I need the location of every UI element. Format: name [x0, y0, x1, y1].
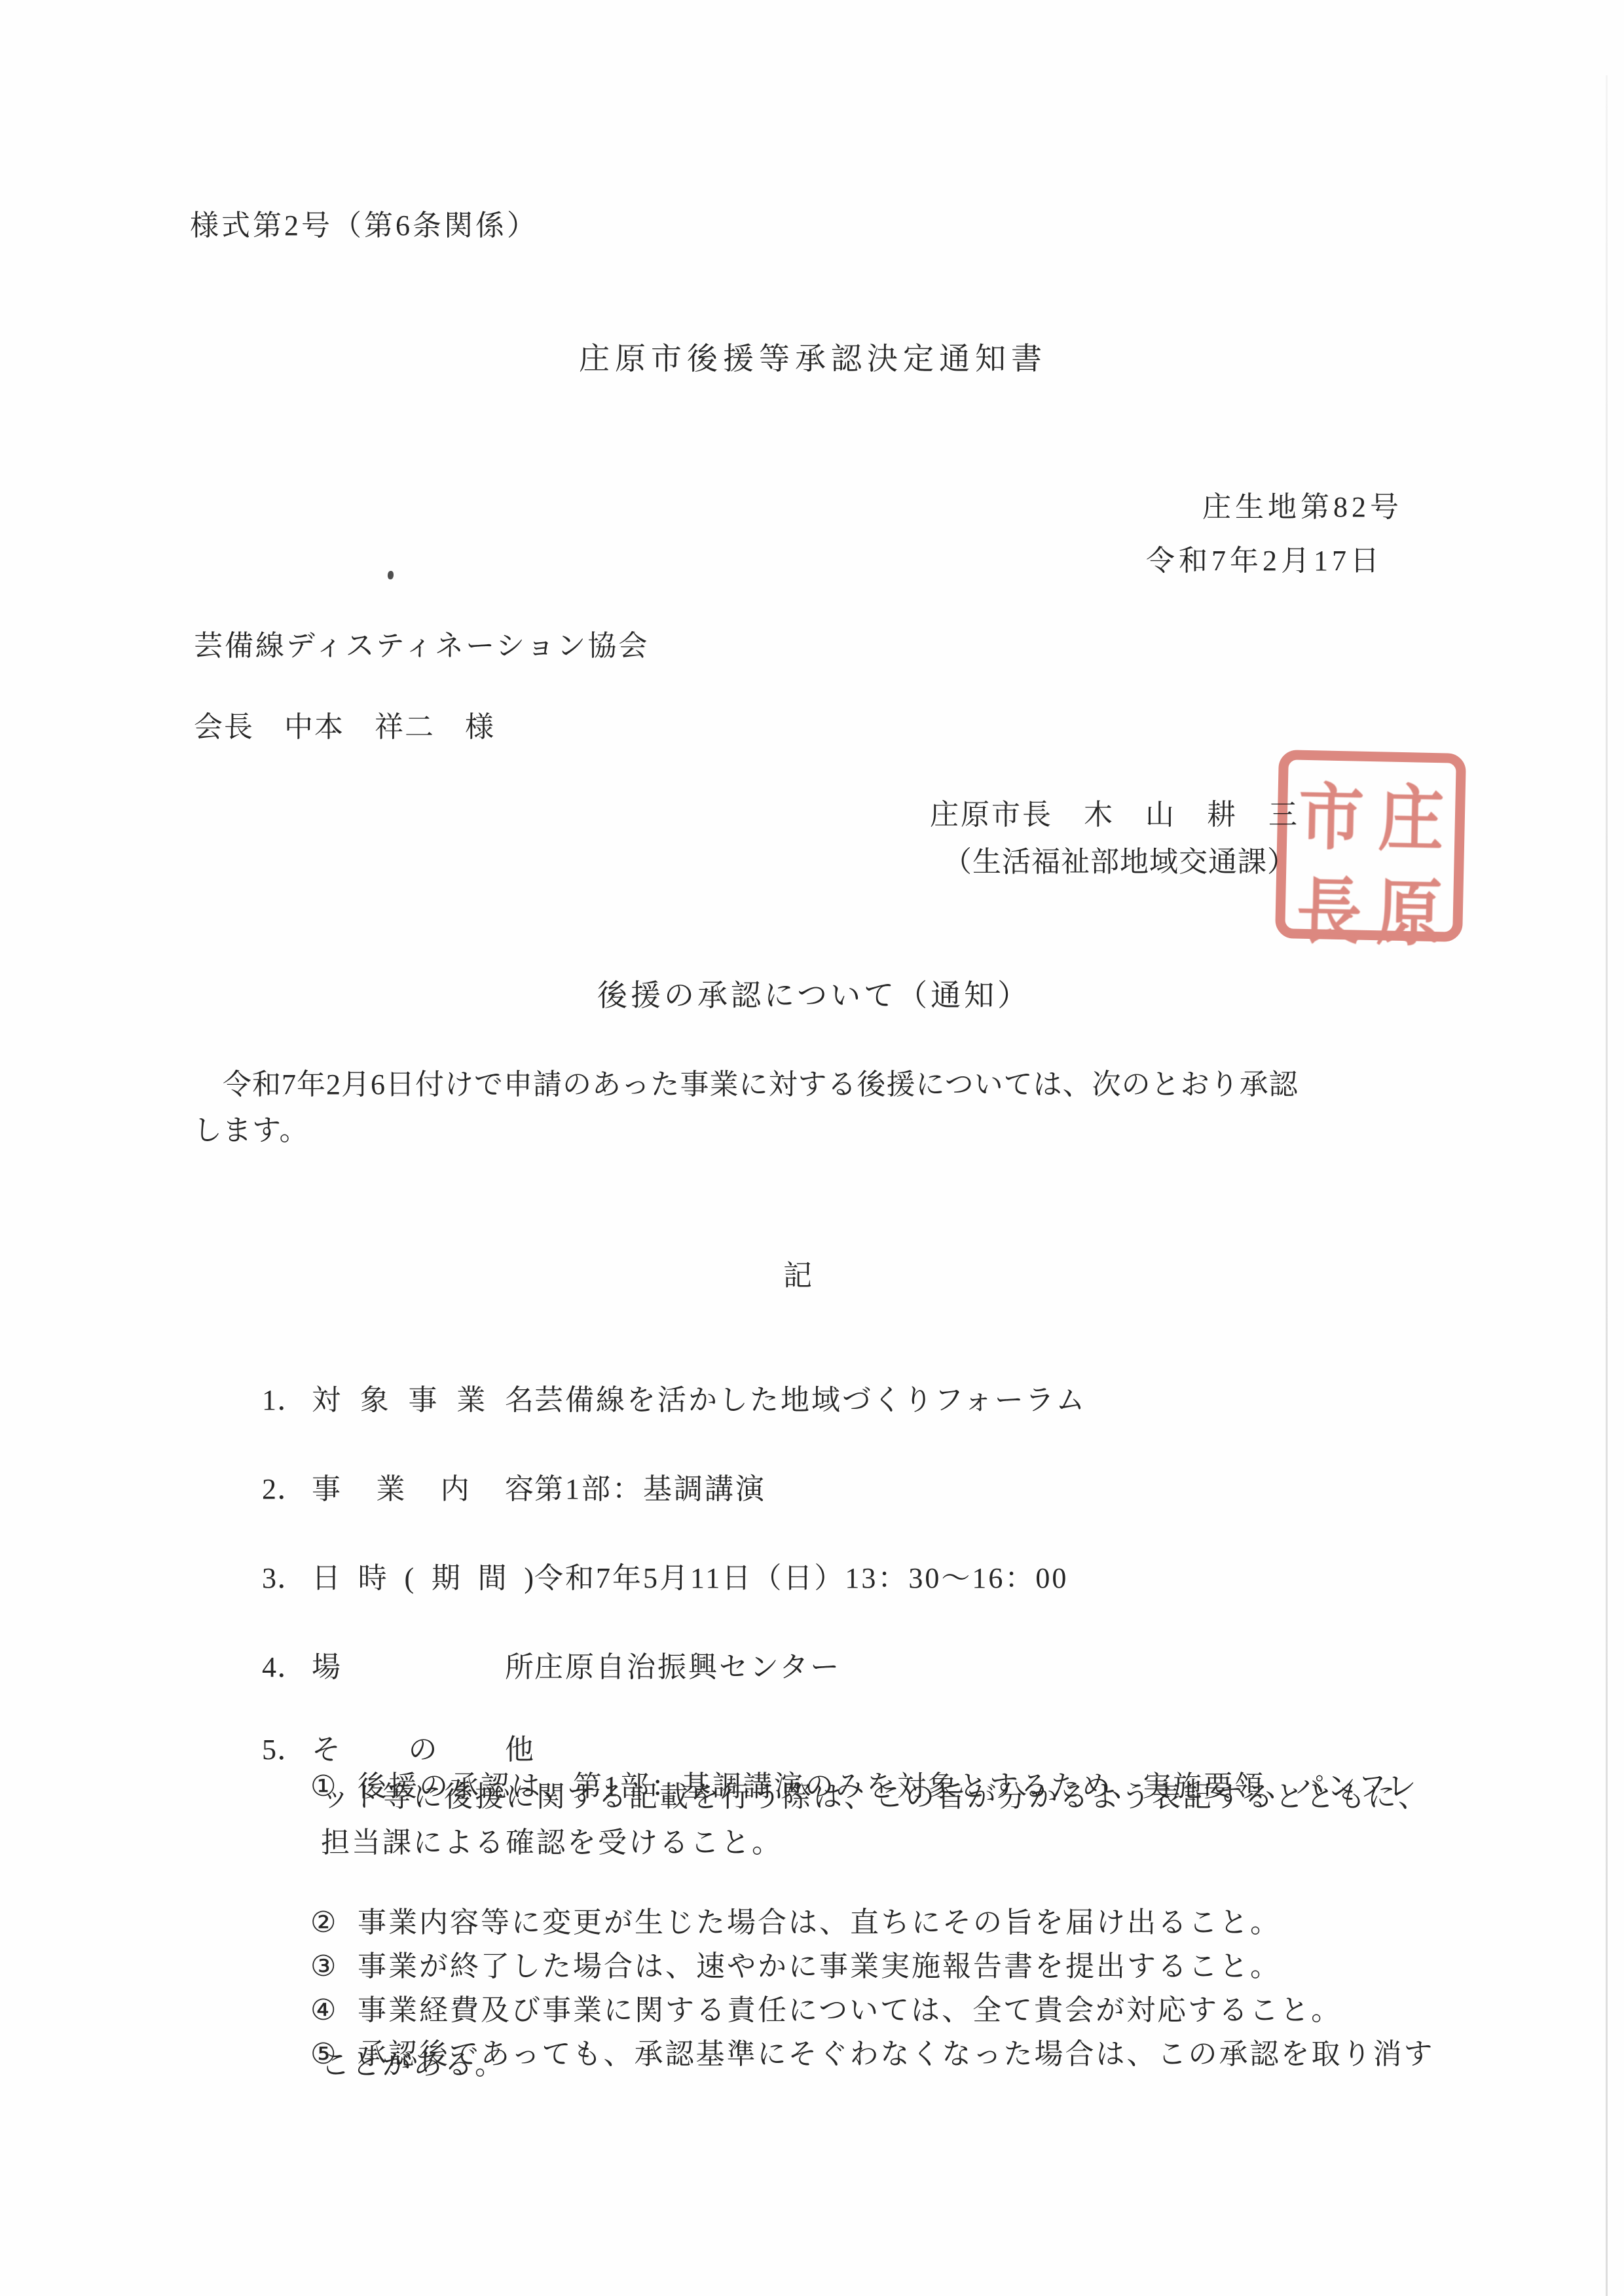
addressee-person: 会長 中本 祥二 様 — [194, 710, 495, 745]
form-number: 様式第2号（第6条関係） — [190, 208, 538, 244]
item-value: 令和7年5月11日（日）13：30～16：00 — [534, 1562, 1068, 1594]
item-number: 1． — [262, 1383, 312, 1418]
item-value: 庄原自治振興センター — [534, 1651, 841, 1683]
scan-speck — [388, 571, 394, 579]
item-label: 事業内容 — [312, 1472, 534, 1507]
body-paragraph-line-1: 令和7年2月6日付けで申請のあった事業に対する後援については、次のとおり承認 — [193, 1067, 1299, 1102]
item-number: 2． — [262, 1472, 312, 1507]
document-title: 庄原市後援等承認決定通知書 — [579, 342, 1047, 377]
item-number: 3． — [262, 1561, 312, 1596]
addressee-organization: 芸備線ディスティネーション協会 — [194, 629, 649, 664]
issue-date: 令和7年2月17日 — [1146, 543, 1383, 579]
body-paragraph-line-2: します。 — [193, 1113, 308, 1148]
item-value: 第1部：基調講演 — [534, 1473, 766, 1505]
seal-character: 市 — [1290, 759, 1372, 864]
item-label: 日時(期間) — [312, 1561, 534, 1596]
note-1-line-3: 担当課による確認を受けること。 — [321, 1825, 783, 1861]
item-number: 4． — [262, 1650, 312, 1685]
scan-edge-line — [1606, 75, 1608, 2296]
seal-character: 原 — [1368, 855, 1450, 960]
item-label: 対象事業名 — [312, 1383, 534, 1418]
seal-grid: 市 庄 長 原 — [1285, 759, 1456, 932]
seal-character: 長 — [1288, 853, 1370, 958]
item-label: 場所 — [312, 1650, 534, 1685]
sender-department: （生活福祉部地域交通課） — [943, 845, 1297, 880]
note-1-line-2: ット等に後援に関する記載を行う際は、この旨が分かるよう表記するとともに、 — [321, 1779, 1429, 1815]
mayor-official-seal-icon: 市 庄 長 原 — [1275, 750, 1466, 942]
document-page: 様式第2号（第6条関係） 庄原市後援等承認決定通知書 庄生地第82号 令和7年2… — [0, 0, 1624, 2296]
note-5-line-2: ことがある。 — [321, 2047, 506, 2083]
item-value: 芸備線を活かした地域づくりフォーラム — [534, 1384, 1086, 1416]
reference-number: 庄生地第82号 — [1202, 490, 1403, 525]
note-text: 承認後であっても、承認基準にそぐわなくなった場合は、この承認を取り消す — [358, 2038, 1435, 2070]
subject-line: 後援の承認について（通知） — [597, 978, 1031, 1013]
ki-marker: 記 — [783, 1258, 812, 1294]
seal-character: 庄 — [1370, 761, 1452, 866]
sender-name: 庄原市長 木 山 耕 三 — [930, 797, 1299, 833]
